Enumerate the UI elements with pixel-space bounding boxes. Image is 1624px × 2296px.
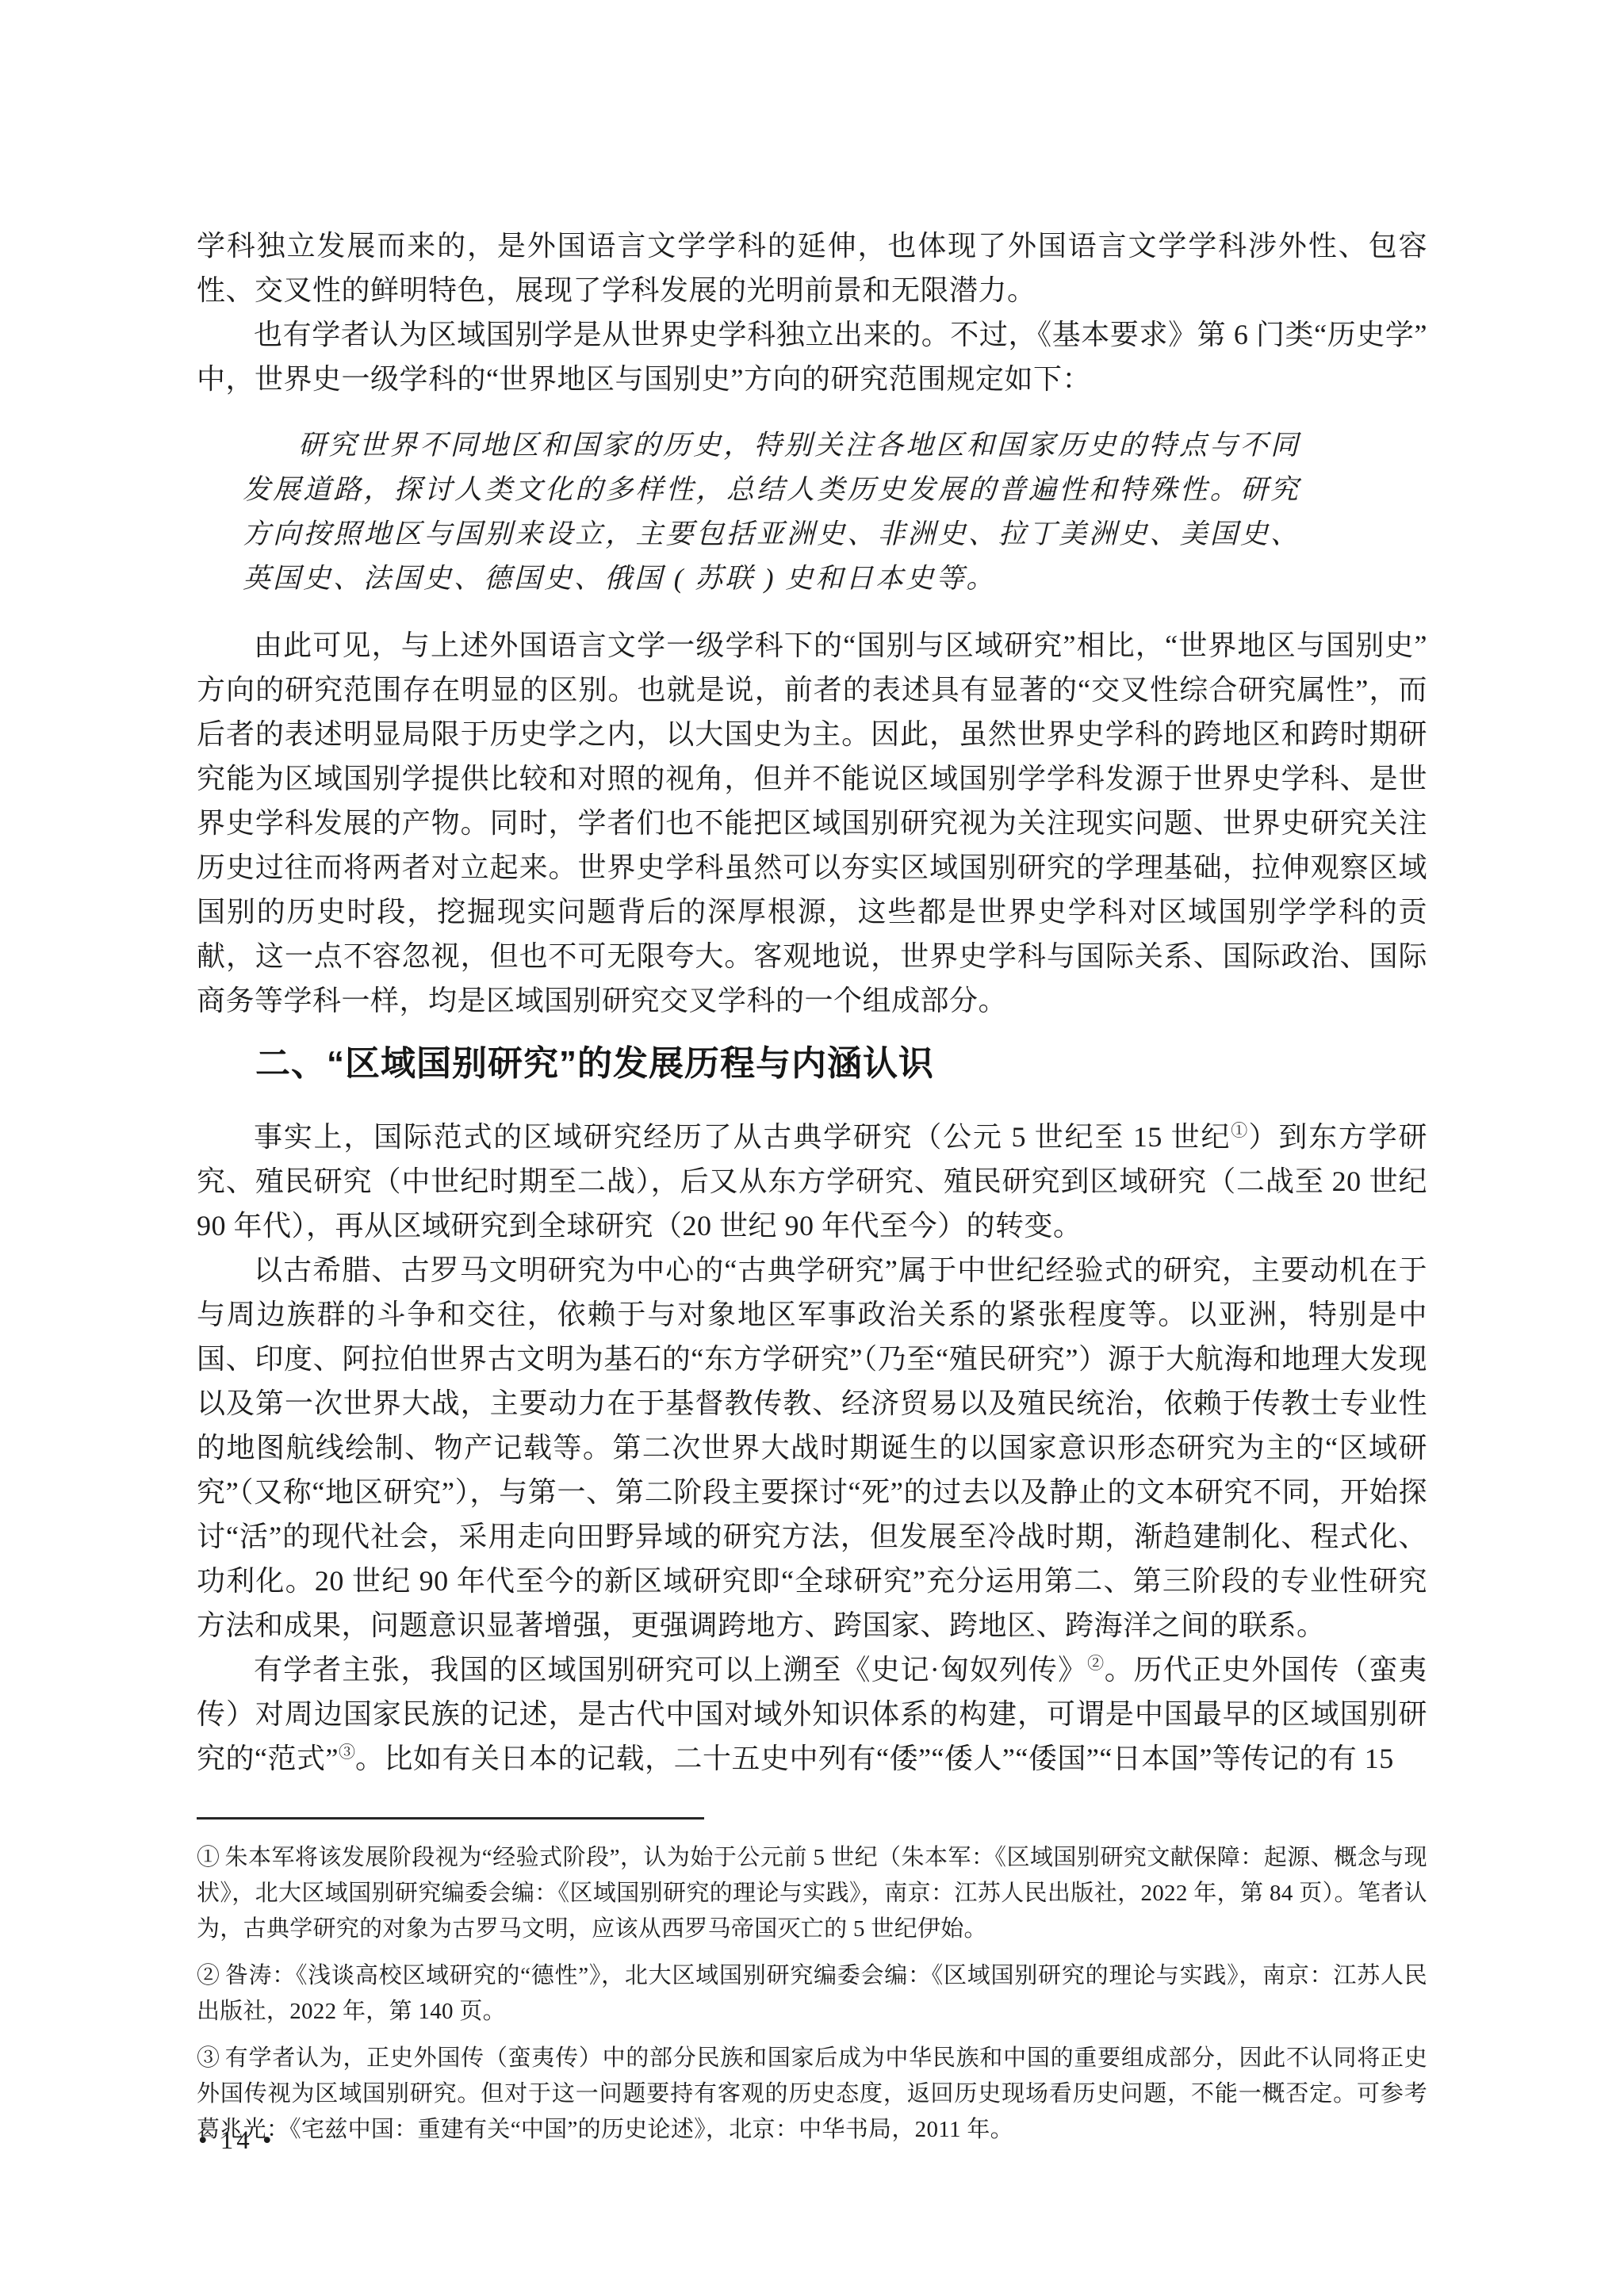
text-segment: 。比如有关日本的记载，二十五史中列有“倭”“倭人”“倭国”“日本国”等传记的有 …: [355, 1743, 1394, 1774]
page-content: 学科独立发展而来的，是外国语言文学学科的延伸，也体现了外国语言文学学科涉外性、包…: [197, 224, 1427, 2159]
text-segment: 事实上，国际范式的区域研究经历了从古典学研究（公元 5 世纪至 15 世纪: [254, 1121, 1231, 1153]
footnote-1-marker: ①: [197, 1845, 220, 1870]
block-quote-research-scope: 研究世界不同地区和国家的历史，特别关注各地区和国家历史的特点与不同发展道路，探讨…: [243, 423, 1300, 601]
document-page: 学科独立发展而来的，是外国语言文学学科的延伸，也体现了外国语言文学学科涉外性、包…: [0, 0, 1624, 2296]
footnote-2-text: 昝涛：《浅谈高校区域研究的“德性”》，北大区域国别研究编委会编：《区域国别研究的…: [197, 1963, 1427, 2024]
footnote-1: ①朱本军将该发展阶段视为“经验式阶段”，认为始于公元前 5 世纪（朱本军：《区域…: [197, 1840, 1427, 1947]
footnote-3-marker: ③: [197, 2045, 220, 2071]
paragraph-intro: 也有学者认为区域国别学是从世界史学科独立出来的。不过，《基本要求》第 6 门类“…: [197, 312, 1427, 401]
footnote-ref-2: ②: [1087, 1654, 1105, 1673]
paragraph-comparison: 由此可见，与上述外国语言文学一级学科下的“国别与区域研究”相比，“世界地区与国别…: [197, 623, 1427, 1023]
paragraph-stages: 以古希腊、古罗马文明研究为中心的“古典学研究”属于中世纪经验式的研究，主要动机在…: [197, 1248, 1427, 1647]
footnote-1-text: 朱本军将该发展阶段视为“经验式阶段”，认为始于公元前 5 世纪（朱本军：《区域国…: [197, 1845, 1427, 1942]
footnote-3: ③有学者认为，正史外国传（蛮夷传）中的部分民族和国家后成为中华民族和中国的重要组…: [197, 2041, 1427, 2148]
page-number: • 14 •: [198, 2126, 275, 2156]
text-segment: 有学者主张，我国的区域国别研究可以上溯至《史记·匈奴列传》: [254, 1654, 1087, 1686]
footnote-separator: [197, 1817, 704, 1820]
section-heading: 二、“区域国别研究”的发展历程与内涵认识: [197, 1040, 1427, 1088]
footnote-3-text: 有学者认为，正史外国传（蛮夷传）中的部分民族和国家后成为中华民族和中国的重要组成…: [197, 2045, 1427, 2142]
footnotes-section: ①朱本军将该发展阶段视为“经验式阶段”，认为始于公元前 5 世纪（朱本军：《区域…: [197, 1840, 1427, 2148]
footnote-ref-1: ①: [1231, 1121, 1248, 1140]
paragraph-china-tradition: 有学者主张，我国的区域国别研究可以上溯至《史记·匈奴列传》②。历代正史外国传（蛮…: [197, 1647, 1427, 1781]
paragraph-history: 事实上，国际范式的区域研究经历了从古典学研究（公元 5 世纪至 15 世纪①）到…: [197, 1115, 1427, 1248]
footnote-ref-3: ③: [339, 1743, 355, 1762]
paragraph-continuation: 学科独立发展而来的，是外国语言文学学科的延伸，也体现了外国语言文学学科涉外性、包…: [197, 224, 1427, 312]
footnote-2-marker: ②: [197, 1963, 220, 1988]
footnote-2: ②昝涛：《浅谈高校区域研究的“德性”》，北大区域国别研究编委会编：《区域国别研究…: [197, 1958, 1427, 2030]
